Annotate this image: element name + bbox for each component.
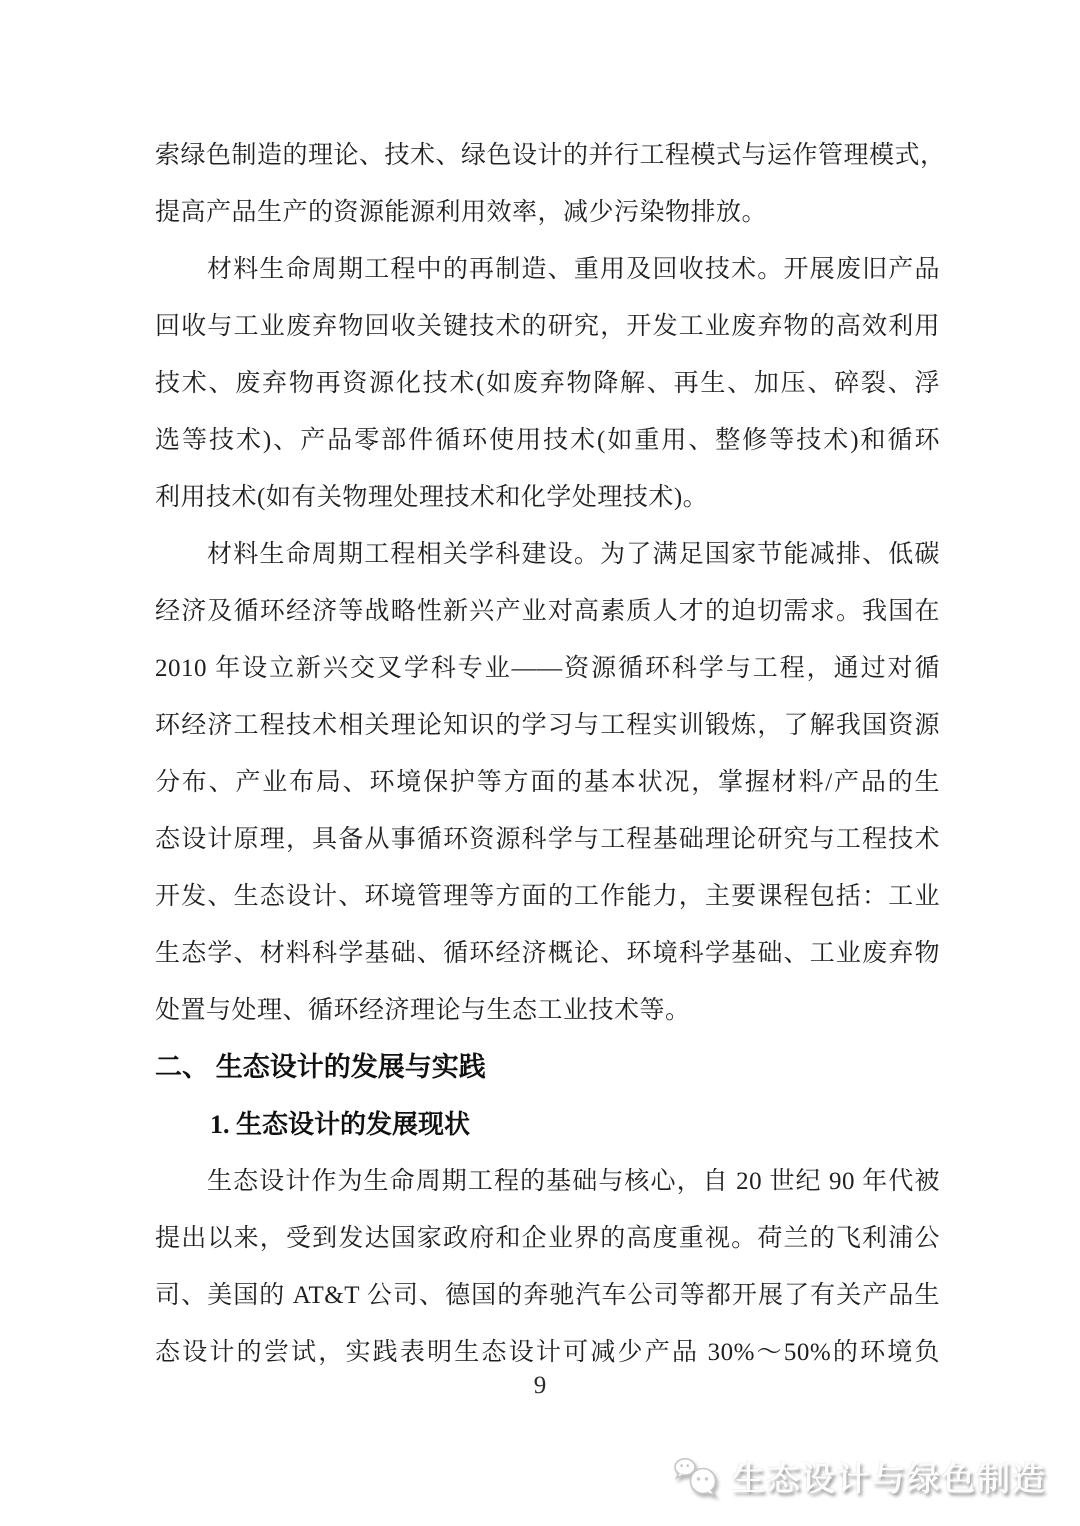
body-line: 技术、废弃物再资源化技术(如废弃物降解、再生、加压、碎裂、浮: [155, 355, 940, 412]
page-number: 9: [0, 1372, 1080, 1400]
body-line: 开发、生态设计、环境管理等方面的工作能力，主要课程包括：工业: [155, 868, 940, 925]
body-line: 2010 年设立新兴交叉学科专业——资源循环科学与工程，通过对循: [155, 640, 940, 697]
body-line: 提高产品生产的资源能源利用效率，减少污染物排放。: [155, 184, 940, 241]
body-line: 利用技术(如有关物理处理技术和化学处理技术)。: [155, 469, 940, 526]
subsection-heading: 1. 生态设计的发展现状: [155, 1096, 940, 1153]
body-line: 经济及循环经济等战略性新兴产业对高素质人才的迫切需求。我国在: [155, 583, 940, 640]
body-line: 材料生命周期工程中的再制造、重用及回收技术。开展废旧产品: [155, 241, 940, 298]
document-body: 索绿色制造的理论、技术、绿色设计的并行工程模式与运作管理模式， 提高产品生产的资…: [155, 127, 940, 1381]
footer-watermark-text: 生态设计与绿色制造: [732, 1453, 1047, 1500]
body-line: 材料生命周期工程相关学科建设。为了满足国家节能减排、低碳: [155, 526, 940, 583]
body-line: 选等技术)、产品零部件循环使用技术(如重用、整修等技术)和循环: [155, 412, 940, 469]
body-line: 生态学、材料科学基础、循环经济概论、环境科学基础、工业废弃物: [155, 925, 940, 982]
wechat-icon: [673, 1457, 723, 1497]
body-line: 回收与工业废弃物回收关键技术的研究，开发工业废弃物的高效利用: [155, 298, 940, 355]
body-line: 环经济工程技术相关理论知识的学习与工程实训锻炼，了解我国资源: [155, 697, 940, 754]
body-line: 处置与处理、循环经济理论与生态工业技术等。: [155, 982, 940, 1039]
body-line: 索绿色制造的理论、技术、绿色设计的并行工程模式与运作管理模式，: [155, 127, 940, 184]
body-line: 分布、产业布局、环境保护等方面的基本状况，掌握材料/产品的生: [155, 754, 940, 811]
body-line: 提出以来，受到发达国家政府和企业界的高度重视。荷兰的飞利浦公: [155, 1210, 940, 1267]
body-line: 态设计原理，具备从事循环资源科学与工程基础理论研究与工程技术: [155, 811, 940, 868]
footer-watermark: 生态设计与绿色制造: [673, 1453, 1047, 1500]
body-line: 司、美国的 AT&T 公司、德国的奔驰汽车公司等都开展了有关产品生: [155, 1267, 940, 1324]
body-line: 生态设计作为生命周期工程的基础与核心，自 20 世纪 90 年代被: [155, 1153, 940, 1210]
section-heading: 二、 生态设计的发展与实践: [155, 1039, 940, 1096]
